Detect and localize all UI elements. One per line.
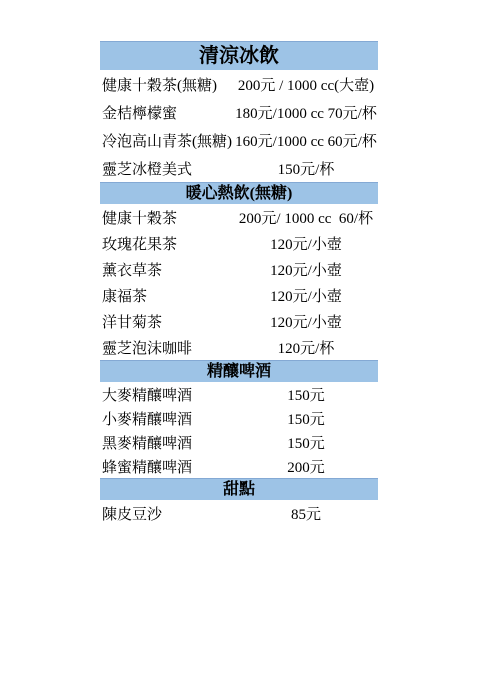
item-name: 小麥精釀啤酒 [100,408,234,429]
menu-item-row: 蜂蜜精釀啤酒 200元 [100,454,378,478]
menu-item-row: 健康十穀茶 200元/ 1000 cc 60/杯 [100,204,378,230]
item-price: 200元 / 1000 cc(大壺) [234,74,378,95]
menu-item-row: 冷泡高山青茶(無糖) 160元/1000 cc 60元/杯 [100,126,378,154]
menu-item-row: 洋甘菊茶 120元/小壺 [100,308,378,334]
section-header: 暖心熱飲(無糖) [100,182,378,204]
menu-item-row: 小麥精釀啤酒 150元 [100,406,378,430]
item-price: 200元 [234,456,378,477]
item-name: 冷泡高山青茶(無糖) [100,130,234,151]
item-name: 金桔檸檬蜜 [100,102,234,123]
item-price: 120元/小壺 [234,233,378,254]
menu-item-row: 健康十穀茶(無糖) 200元 / 1000 cc(大壺) [100,70,378,98]
item-price: 150元 [234,384,378,405]
section-header: 甜點 [100,478,378,500]
menu-item-row: 金桔檸檬蜜 180元/1000 cc 70元/杯 [100,98,378,126]
menu-section: 清涼冰飲 健康十穀茶(無糖) 200元 / 1000 cc(大壺) 金桔檸檬蜜 … [100,41,378,182]
item-price: 120元/杯 [234,337,378,358]
menu-item-row: 黑麥精釀啤酒 150元 [100,430,378,454]
item-price: 150元 [234,432,378,453]
menu-item-row: 靈芝泡沫咖啡 120元/杯 [100,334,378,360]
item-price: 150元 [234,408,378,429]
item-price: 120元/小壺 [234,259,378,280]
menu-item-row: 靈芝冰橙美式 150元/杯 [100,154,378,182]
menu-item-row: 薰衣草茶 120元/小壺 [100,256,378,282]
menu-section: 暖心熱飲(無糖) 健康十穀茶 200元/ 1000 cc 60/杯 玫瑰花果茶 … [100,182,378,360]
menu-section: 甜點 陳皮豆沙 85元 [100,478,378,526]
item-name: 靈芝泡沫咖啡 [100,337,234,358]
item-name: 玫瑰花果茶 [100,233,234,254]
item-price: 180元/1000 cc 70元/杯 [234,102,378,123]
section-header: 清涼冰飲 [100,41,378,70]
item-name: 健康十穀茶 [100,207,234,228]
menu-section: 精釀啤酒 大麥精釀啤酒 150元 小麥精釀啤酒 150元 黑麥精釀啤酒 150元… [100,360,378,478]
item-name: 大麥精釀啤酒 [100,384,234,405]
item-name: 陳皮豆沙 [100,503,234,524]
item-price: 150元/杯 [234,158,378,179]
item-name: 黑麥精釀啤酒 [100,432,234,453]
item-price: 85元 [234,503,378,524]
menu-item-row: 康福茶 120元/小壺 [100,282,378,308]
menu-page: 清涼冰飲 健康十穀茶(無糖) 200元 / 1000 cc(大壺) 金桔檸檬蜜 … [0,0,480,679]
menu-item-row: 大麥精釀啤酒 150元 [100,382,378,406]
item-name: 蜂蜜精釀啤酒 [100,456,234,477]
item-name: 靈芝冰橙美式 [100,158,234,179]
item-name: 健康十穀茶(無糖) [100,74,234,95]
menu-item-row: 玫瑰花果茶 120元/小壺 [100,230,378,256]
item-price: 200元/ 1000 cc 60/杯 [234,207,378,228]
item-price: 120元/小壺 [234,285,378,306]
item-price: 120元/小壺 [234,311,378,332]
item-name: 薰衣草茶 [100,259,234,280]
section-header: 精釀啤酒 [100,360,378,382]
menu-table: 清涼冰飲 健康十穀茶(無糖) 200元 / 1000 cc(大壺) 金桔檸檬蜜 … [100,41,378,526]
menu-item-row: 陳皮豆沙 85元 [100,500,378,526]
item-name: 洋甘菊茶 [100,311,234,332]
item-name: 康福茶 [100,285,234,306]
item-price: 160元/1000 cc 60元/杯 [234,130,378,151]
